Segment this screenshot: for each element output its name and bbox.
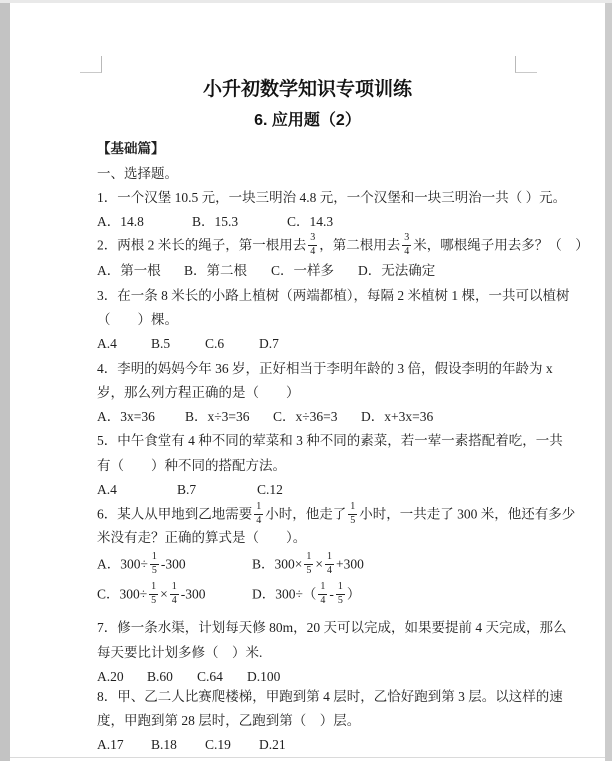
option-b: B.7 — [177, 481, 257, 498]
option-a: A．第一根 — [97, 262, 184, 279]
fraction: 14 — [254, 502, 263, 526]
question-7-stem-line-1: 7．修一条水渠，计划每天修 80m，20 天可以完成，如果要提前 4 天完成，那… — [97, 619, 567, 636]
window-left-gutter — [0, 0, 10, 761]
question-4-options: A．3x=36 B．x÷3=36 C．x÷36=3 D．x+3x=36 — [97, 408, 449, 425]
subsection-header: 一、选择题。 — [97, 165, 178, 182]
option-a: A.4 — [97, 335, 151, 352]
question-1-stem: 1．一个汉堡 10.5 元，一块三明治 4.8 元，一个汉堡和一块三明治一共（ … — [97, 189, 566, 206]
option-c: C.19 — [205, 736, 259, 753]
option-d: D.7 — [259, 335, 313, 352]
option-a: A.4 — [97, 481, 177, 498]
fraction: 14 — [170, 582, 179, 606]
window-right-gutter — [605, 0, 612, 761]
question-7-stem-line-2: 每天要比计划多修（ ）米. — [97, 644, 262, 661]
option-c: C．x÷36=3 — [273, 408, 361, 425]
fraction: 34 — [402, 233, 411, 257]
option-a: A．14.8 — [97, 213, 192, 230]
question-3-options: A.4 B.5 C.6 D.7 — [97, 335, 313, 352]
option-c: C.6 — [205, 335, 259, 352]
question-6-stem-line-2: 米没有走？正确的算式是（ ）。 — [97, 529, 306, 546]
option-c: C.64 — [197, 668, 247, 685]
question-4-stem-line-1: 4．李明的妈妈今年 36 岁，正好相当于李明年龄的 3 倍，假设李明的年龄为 x — [97, 360, 553, 377]
option-a: A．3x=36 — [97, 408, 185, 425]
question-8-stem-line-2: 度，甲跑到第 28 层时，乙跑到第（ ）层。 — [97, 712, 360, 729]
option-c: C．14.3 — [287, 213, 382, 230]
fraction: 15 — [336, 582, 345, 606]
fraction: 34 — [308, 233, 317, 257]
option-d: D．300÷（14-15） — [252, 582, 360, 606]
question-3-stem-line-2: （ ）棵。 — [97, 311, 178, 328]
option-c: C．一样多 — [271, 262, 358, 279]
question-7-options: A.20 B.60 C.64 D.100 — [97, 668, 297, 685]
doc-subtitle: 6. 应用题（2） — [10, 107, 605, 130]
option-d: D.100 — [247, 668, 297, 685]
fraction: 14 — [318, 582, 327, 606]
option-b: B．300×15×14+300 — [252, 552, 364, 576]
margin-crop-mark-left — [80, 56, 102, 73]
option-a: A.17 — [97, 736, 151, 753]
question-2-options: A．第一根 B．第二根 C．一样多 D．无法确定 — [97, 262, 445, 279]
section-header: 【基础篇】 — [97, 140, 165, 157]
question-8-options: A.17 B.18 C.19 D.21 — [97, 736, 313, 753]
option-c: C．300÷15×14-300 — [97, 582, 252, 606]
question-5-stem-line-2: 有（ ）种不同的搭配方法。 — [97, 457, 286, 474]
option-d: D．无法确定 — [358, 262, 445, 279]
question-5-options: A.4 B.7 C.12 — [97, 481, 337, 498]
option-a: A．300÷15-300 — [97, 552, 252, 576]
question-3-stem-line-1: 3．在一条 8 米长的小路上植树（两端都植），每隔 2 米植树 1 棵，一共可以… — [97, 287, 570, 304]
question-6-options-row-2: C．300÷15×14-300 D．300÷（14-15） — [97, 582, 360, 606]
page-bottom-boundary — [10, 757, 605, 758]
option-b: B．x÷3=36 — [185, 408, 273, 425]
option-d: D．x+3x=36 — [361, 408, 449, 425]
option-b: B.5 — [151, 335, 205, 352]
margin-crop-mark-right — [515, 56, 537, 73]
fraction: 15 — [348, 502, 357, 526]
fraction: 15 — [304, 552, 313, 576]
fraction: 15 — [149, 582, 158, 606]
doc-title: 小升初数学知识专项训练 — [10, 74, 605, 101]
question-4-stem-line-2: 岁，那么列方程正确的是（ ） — [97, 384, 300, 401]
option-b: B．15.3 — [192, 213, 287, 230]
question-1-options: A．14.8 B．15.3 C．14.3 — [97, 213, 382, 230]
option-a: A.20 — [97, 668, 147, 685]
question-6-options-row-1: A．300÷15-300 B．300×15×14+300 — [97, 552, 364, 576]
question-8-stem-line-1: 8．甲、乙二人比赛爬楼梯，甲跑到第 4 层时，乙恰好跑到第 3 层。以这样的速 — [97, 688, 563, 705]
document-page[interactable]: 小升初数学知识专项训练 6. 应用题（2） 【基础篇】 一、选择题。 1．一个汉… — [10, 3, 605, 761]
fraction: 15 — [150, 552, 159, 576]
option-b: B．第二根 — [184, 262, 271, 279]
option-c: C.12 — [257, 481, 337, 498]
option-b: B.60 — [147, 668, 197, 685]
question-5-stem-line-1: 5．中午食堂有 4 种不同的荤菜和 3 种不同的素菜，若一荤一素搭配着吃，一共 — [97, 432, 563, 449]
question-2-stem: 2．两根 2 米长的绳子，第一根用去34，第二根用去34米，哪根绳子用去多？（ … — [97, 233, 589, 257]
fraction: 14 — [325, 552, 334, 576]
option-b: B.18 — [151, 736, 205, 753]
option-d: D.21 — [259, 736, 313, 753]
question-6-stem-line-1: 6．某人从甲地到乙地需要14小时，他走了15小时，一共走了 300 米，他还有多… — [97, 502, 575, 526]
